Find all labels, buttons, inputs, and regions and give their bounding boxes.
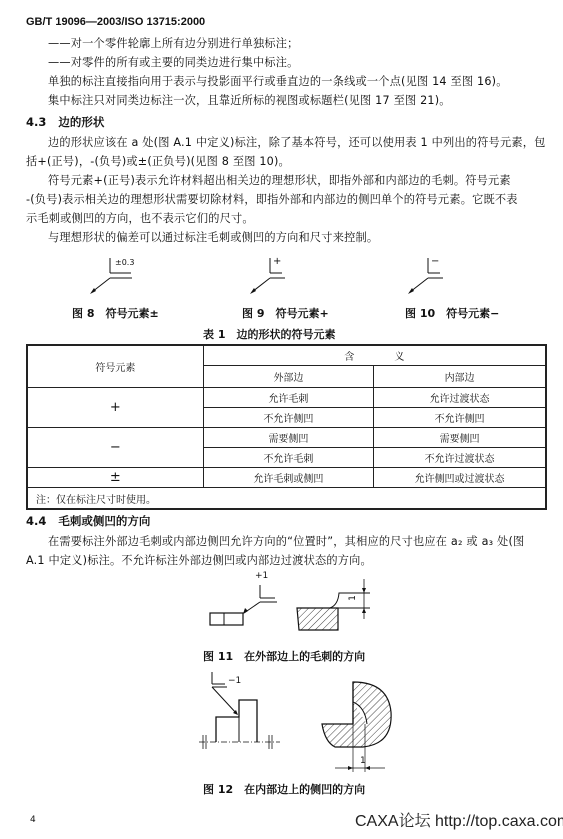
inner-cell: 允许侧凹或过渡状态 xyxy=(374,468,546,488)
symbol-cell: − xyxy=(27,428,203,468)
section-4-3-p3: 与理想形状的偏差可以通过标注毛刺或侧凹的方向和尺寸来控制。 xyxy=(48,228,378,247)
header-inner-cell: 内部边 xyxy=(374,366,546,388)
inner-cell: 需要侧凹 xyxy=(374,428,546,448)
section-number: 4.4 xyxy=(26,514,46,528)
table-row: − 需要侧凹 需要侧凹 xyxy=(27,428,546,448)
section-4-3-p2-line1: 符号元素+(正号)表示允许材料超出相关边的理想形状，即指外部和内部边的毛刺。符号… xyxy=(48,171,511,190)
section-title: 毛刺或侧凹的方向 xyxy=(58,514,150,528)
header-outer-cell: 外部边 xyxy=(203,366,373,388)
figure-11-drawing-icon xyxy=(200,575,400,635)
section-4-3-p2-line3: 示毛刺或侧凹的方向，也不表示它们的尺寸。 xyxy=(26,209,254,228)
figure-9-symbol-label: + xyxy=(273,256,281,267)
section-4-3-heading: 4.3 边的形状 xyxy=(26,114,104,130)
table-1: 符号元素 含 义 外部边 内部边 + 允许毛刺 允许过渡状态 不允许侧凹 不允许… xyxy=(26,344,547,510)
table-row: ± 允许毛刺或侧凹 允许侧凹或过渡状态 xyxy=(27,468,546,488)
figure-11-dim: 1 xyxy=(348,595,358,601)
section-number: 4.3 xyxy=(26,115,46,129)
outer-cell: 不允许侧凹 xyxy=(203,408,373,428)
table-note-row: 注：仅在标注尺寸时使用。 xyxy=(27,488,546,510)
intro-paragraph-2: 集中标注只对同类边标注一次，且靠近所标的视图或标题栏(见图 17 至图 21)。 xyxy=(48,91,451,110)
table-1-title: 表 1 边的形状的符号元素 xyxy=(203,326,335,342)
section-4-3-p2-line2: -(负号)表示相关边的理想形状需要切除材料，即指外部和内部边的侧凹单个的符号元素… xyxy=(26,190,518,209)
inner-cell: 不允许过渡状态 xyxy=(374,448,546,468)
section-title: 边的形状 xyxy=(58,115,104,129)
symbol-cell: + xyxy=(27,388,203,428)
intro-item-2: ——对零件的所有或主要的同类边进行集中标注。 xyxy=(48,53,299,72)
figure-8-caption: 图 8 符号元素± xyxy=(72,305,159,321)
table-row: + 允许毛刺 允许过渡状态 xyxy=(27,388,546,408)
header-meaning-cell: 含 义 xyxy=(203,345,546,366)
outer-cell: 需要侧凹 xyxy=(203,428,373,448)
inner-cell: 允许过渡状态 xyxy=(374,388,546,408)
inner-cell: 不允许侧凹 xyxy=(374,408,546,428)
section-4-4-p1-line1: 在需要标注外部边毛刺或内部边侧凹允许方向的“位置时”，其相应的尺寸也应在 a₂ … xyxy=(48,532,524,551)
page-number: 4 xyxy=(30,815,36,825)
section-4-4-heading: 4.4 毛刺或侧凹的方向 xyxy=(26,513,150,529)
standard-id-header: GB/T 19096—2003/ISO 13715:2000 xyxy=(26,16,205,28)
figure-11-caption: 图 11 在外部边上的毛刺的方向 xyxy=(203,648,365,664)
section-4-3-p1-line2: 括+(正号)，-(负号)或±(正负号)(见图 8 至图 10)。 xyxy=(26,152,290,171)
figure-12-caption: 图 12 在内部边上的侧凹的方向 xyxy=(203,781,365,797)
table-note: 注：仅在标注尺寸时使用。 xyxy=(27,488,546,510)
intro-paragraph-1: 单独的标注直接指向用于表示与投影面平行或垂直边的一条线或一个点(见图 14 至图… xyxy=(48,72,508,91)
section-4-4-p1-line2: A.1 中定义)标注。不允许标注外部边侧凹或内部边过渡状态的方向。 xyxy=(26,551,372,570)
table-header-row: 符号元素 含 义 xyxy=(27,345,546,366)
symbol-cell: ± xyxy=(27,468,203,488)
watermark-link[interactable]: CAXA论坛 http://top.caxa.com/ xyxy=(355,808,563,831)
outer-cell: 允许毛刺 xyxy=(203,388,373,408)
figure-12-dim: 1 xyxy=(360,756,366,766)
figure-10-caption: 图 10 符号元素− xyxy=(405,305,499,321)
intro-item-1: ——对一个零件轮廓上所有边分别进行单独标注； xyxy=(48,34,299,53)
outer-cell: 允许毛刺或侧凹 xyxy=(203,468,373,488)
section-4-3-p1-line1: 边的形状应该在 a 处(图 A.1 中定义)标注，除了基本符号，还可以使用表 1… xyxy=(48,133,546,152)
figure-8-symbol-label: ±0.3 xyxy=(115,258,134,267)
outer-cell: 不允许毛刺 xyxy=(203,448,373,468)
header-symbol-cell: 符号元素 xyxy=(27,345,203,388)
figure-9-caption: 图 9 符号元素+ xyxy=(242,305,329,321)
figure-10-symbol-label: − xyxy=(431,256,439,267)
